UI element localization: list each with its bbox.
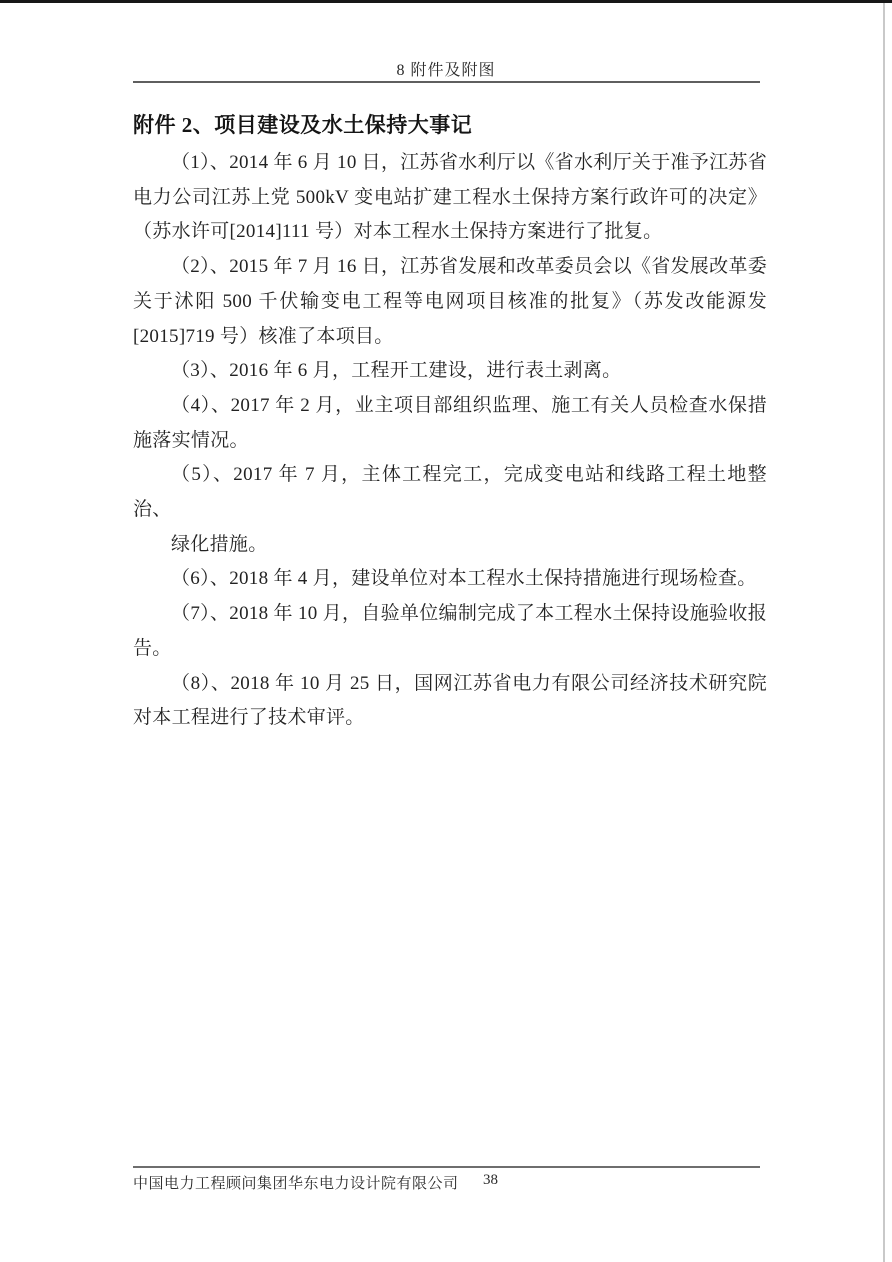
- paragraph-8: （8）、2018 年 10 月 25 日，国网江苏省电力有限公司经济技术研究院对…: [133, 667, 767, 736]
- paragraph-6: （6）、2018 年 4 月，建设单位对本工程水土保持措施进行现场检查。: [133, 562, 767, 597]
- header-rule: [133, 81, 760, 83]
- page-header-text: 8 附件及附图: [0, 62, 892, 80]
- paragraph-3: （3）、2016 年 6 月，工程开工建设，进行表土剥离。: [133, 354, 767, 389]
- content-area: 附件 2、项目建设及水土保持大事记 （1）、2014 年 6 月 10 日，江苏…: [133, 111, 767, 736]
- paragraph-7: （7）、2018 年 10 月，自验单位编制完成了本工程水土保持设施验收报告。: [133, 597, 767, 666]
- page-footer: 中国电力工程顾问集团华东电力设计院有限公司 38: [0, 1172, 892, 1194]
- doc-title: 附件 2、项目建设及水土保持大事记: [133, 111, 767, 139]
- footer-page-number: 38: [483, 1172, 498, 1189]
- top-edge-bar: [0, 0, 892, 3]
- paragraph-5-line-1: （5）、2017 年 7 月，主体工程完工，完成变电站和线路工程土地整治、: [133, 458, 767, 527]
- paragraph-2: （2）、2015 年 7 月 16 日，江苏省发展和改革委员会以《省发展改革委关…: [133, 250, 767, 354]
- footer-rule: [133, 1166, 760, 1168]
- paragraph-4: （4）、2017 年 2 月，业主项目部组织监理、施工有关人员检查水保措施落实情…: [133, 389, 767, 458]
- paragraph-5-line-2: 绿化措施。: [133, 528, 767, 563]
- right-edge-line: [883, 3, 885, 1262]
- paragraph-1: （1）、2014 年 6 月 10 日，江苏省水利厅以《省水利厅关于准予江苏省电…: [133, 146, 767, 250]
- footer-company-name: 中国电力工程顾问集团华东电力设计院有限公司: [133, 1172, 459, 1193]
- paragraphs: （1）、2014 年 6 月 10 日，江苏省水利厅以《省水利厅关于准予江苏省电…: [133, 146, 767, 736]
- document-page: 8 附件及附图 附件 2、项目建设及水土保持大事记 （1）、2014 年 6 月…: [0, 0, 892, 1262]
